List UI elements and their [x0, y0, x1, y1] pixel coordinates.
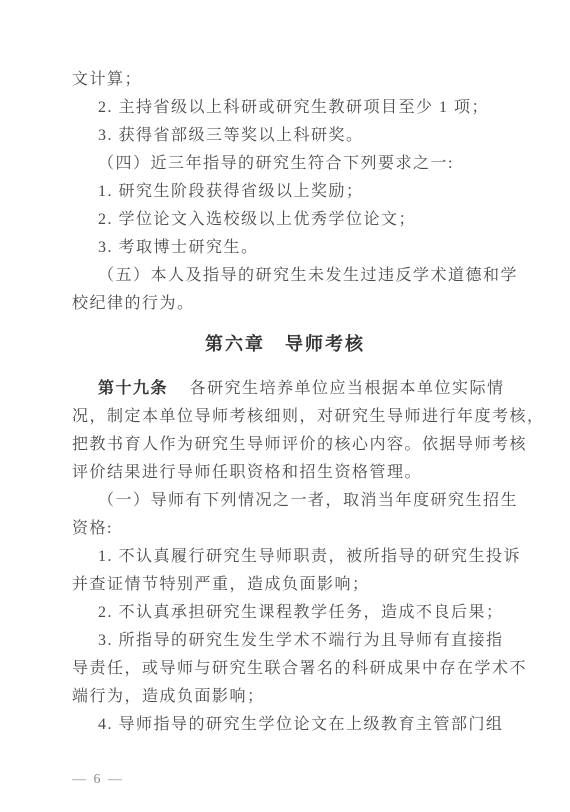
text-line: 资格: [72, 515, 545, 543]
text-line: （五）本人及指导的研究生未发生过违反学术道德和学 [72, 262, 518, 290]
text-line: 端行为，造成负面影响； [72, 683, 545, 711]
text-line: 3. 所指导的研究生发生学术不端行为且导师有直接指 [72, 627, 545, 655]
text-line: 1. 不认真履行研究生导师职责，被所指导的研究生投诉 [72, 543, 545, 571]
text-line: 3. 考取博士研究生。 [72, 234, 518, 262]
article-paragraph-block: 第十九条 各研究生培养单位应当根据本单位实际情 况，制定本单位导师考核细则，对研… [72, 375, 545, 739]
page-number: — 6 — [72, 770, 124, 790]
article-number-label: 第十九条 [98, 380, 168, 397]
chapter-heading: 第六章 导师考核 [0, 330, 570, 358]
text-line: 第十九条 各研究生培养单位应当根据本单位实际情 [72, 375, 545, 403]
text-line: 2. 不认真承担研究生课程教学任务，造成不良后果； [72, 599, 545, 627]
intro-paragraph-block: 文计算； 2. 主持省级以上科研或研究生教研项目至少 1 项； 3. 获得省部级… [72, 66, 518, 318]
document-page: 文计算； 2. 主持省级以上科研或研究生教研项目至少 1 项； 3. 获得省部级… [0, 0, 570, 812]
text-line: 导责任，或导师与研究生联合署名的科研成果中存在学术不 [72, 655, 545, 683]
text-line: （一）导师有下列情况之一者，取消当年度研究生招生 [72, 487, 545, 515]
article-first-line-text: 各研究生培养单位应当根据本单位实际情 [172, 380, 505, 397]
text-line: 并查证情节特别严重，造成负面影响； [72, 571, 545, 599]
text-line: 况，制定本单位导师考核细则，对研究生导师进行年度考核， [72, 403, 545, 431]
text-line: 2. 主持省级以上科研或研究生教研项目至少 1 项； [72, 94, 518, 122]
text-line: 1. 研究生阶段获得省级以上奖励； [72, 178, 518, 206]
text-line: 3. 获得省部级三等奖以上科研奖。 [72, 122, 518, 150]
text-line: 文计算； [72, 66, 518, 94]
text-line: 4. 导师指导的研究生学位论文在上级教育主管部门组 [72, 711, 545, 739]
text-line: 把教书育人作为研究生导师评价的核心内容。依据导师考核 [72, 431, 545, 459]
text-line: 2. 学位论文入选校级以上优秀学位论文； [72, 206, 518, 234]
text-line: （四）近三年指导的研究生符合下列要求之一: [72, 150, 518, 178]
text-line: 校纪律的行为。 [72, 290, 518, 318]
text-line: 评价结果进行导师任职资格和招生资格管理。 [72, 459, 545, 487]
